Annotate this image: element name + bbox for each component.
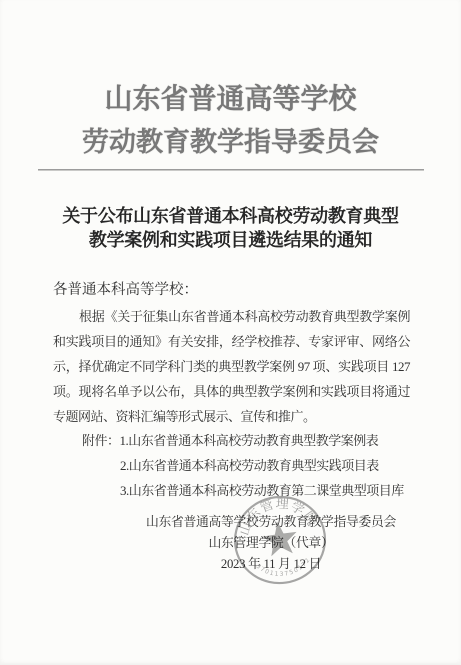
body-line: 专题网站、资料汇编等形式展示、宣传和推广。: [53, 404, 410, 429]
letterhead-divider: [38, 169, 424, 171]
scanned-notice-page: 山东省普通高等学校 劳动教育教学指导委员会 关于公布山东省普通本科高校劳动教育典…: [0, 0, 461, 665]
body-paragraph: 根据《关于征集山东省普通本科高校劳动教育典型教学案例 和实践项目的通知》有关安排…: [53, 304, 410, 429]
notice-title-line-1: 关于公布山东省普通本科高校劳动教育典型: [0, 205, 461, 227]
body-line: 示，择优确定不同学科门类的典型教学案例 97 项、实践项目 127: [53, 354, 410, 379]
letterhead-line-1: 山东省普通高等学校: [0, 83, 461, 116]
official-seal: 山东管理学院 370113750172: [220, 480, 340, 600]
seal-serial-number: 370113750172: [254, 555, 314, 581]
svg-text:370113750172: 370113750172: [254, 555, 314, 581]
body-line: 和实践项目的通知》有关安排，经学校推荐、专家评审、网络公: [53, 329, 410, 354]
letterhead-line-2: 劳动教育教学指导委员会: [0, 126, 461, 159]
attachments-label: 附件：: [82, 433, 120, 448]
attachment-item: 1.山东省普通本科高校劳动教育典型教学案例表: [120, 433, 379, 448]
notice-title-line-2: 教学案例和实践项目遴选结果的通知: [0, 229, 461, 251]
attachment-item: 2.山东省普通本科高校劳动教育典型实践项目表: [120, 453, 404, 478]
body-line: 根据《关于征集山东省普通本科高校劳动教育典型教学案例: [53, 304, 410, 329]
salutation: 各普通本科高等学校：: [53, 278, 198, 299]
body-line: 项。现将名单予以公布，具体的典型教学案例和实践项目将通过: [53, 379, 410, 404]
star-icon: [261, 520, 298, 556]
